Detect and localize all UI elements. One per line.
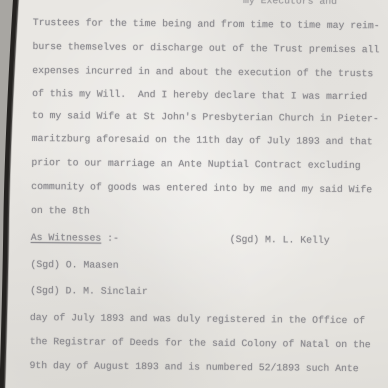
document-line: of this my Will. And I hereby declare th… <box>32 88 367 102</box>
document-line: expenses incurred in and about the execu… <box>32 65 373 79</box>
witnesses-heading-text: As Witnesses <box>31 232 102 244</box>
signature-witness-2: (Sgd) D. M. Sinclair <box>30 285 148 297</box>
document-line: prior to our marriage an Ante Nuptial Co… <box>31 157 360 171</box>
document-line: on the 8th <box>31 205 90 217</box>
document-line: 9th day of August 1893 and is numbered 5… <box>29 360 358 374</box>
clipped-line-fragment: my Executors and <box>243 0 337 7</box>
signature-witness-1: (Sgd) O. Maasen <box>30 259 118 271</box>
document-line: maritzburg aforesaid on the 11th day of … <box>32 133 373 147</box>
document-line: the Registrar of Deeds for the said Colo… <box>30 336 371 350</box>
witnesses-heading-suffix: :- <box>101 233 119 244</box>
document-line: community of goods was entered into by m… <box>31 181 372 195</box>
document-line: burse themselves or discharge out of the… <box>33 41 380 55</box>
document-line: to my said Wife at St John's Presbyteria… <box>32 110 379 124</box>
witnesses-heading: As Witnesses :- <box>31 232 119 244</box>
signature-testator: (Sgd) M. L. Kelly <box>230 234 330 246</box>
document-line: Trustees for the time being and from tim… <box>33 17 380 31</box>
document-line: day of July 1893 and was duly registered… <box>30 312 365 326</box>
typewritten-text: my Executors and Trustees for the time b… <box>0 0 388 388</box>
